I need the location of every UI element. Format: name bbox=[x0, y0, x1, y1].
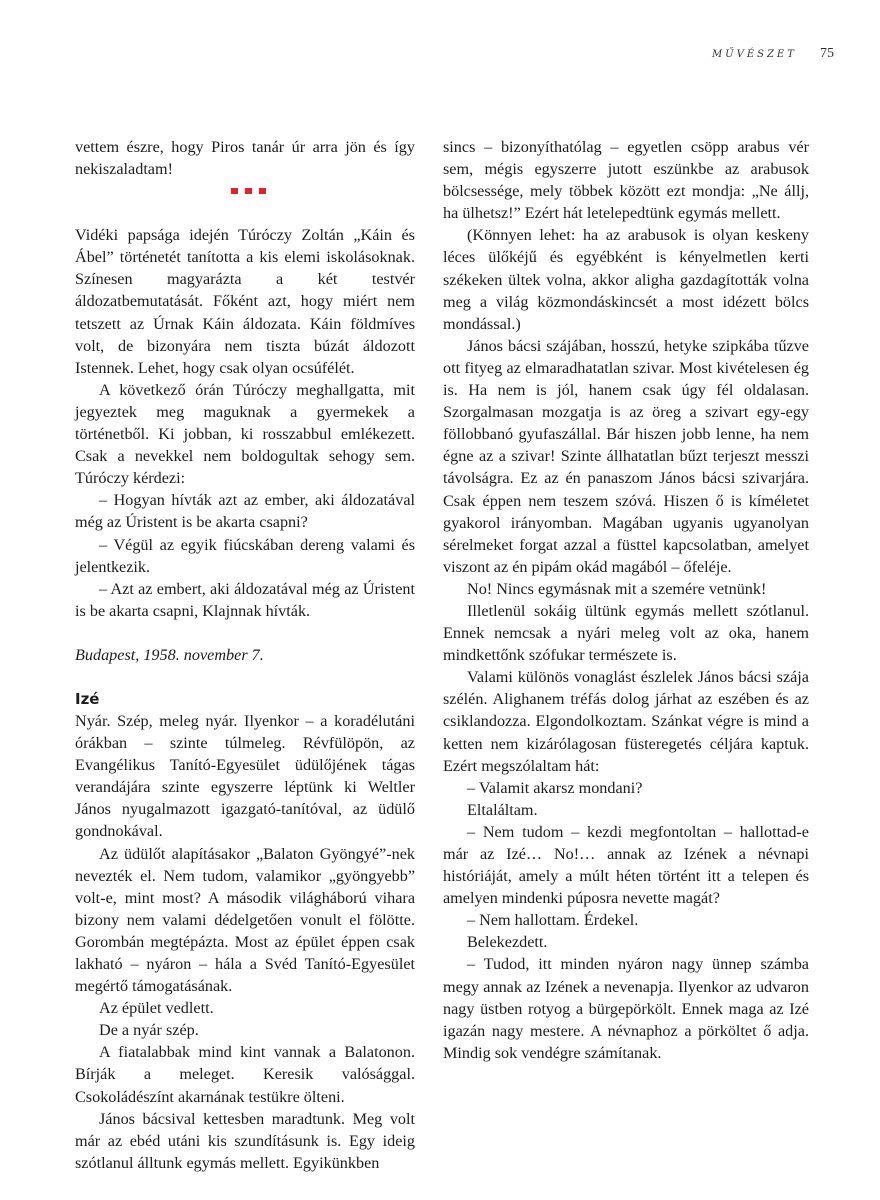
red-square-icon bbox=[231, 188, 238, 194]
dialogue-line: – Azt az embert, aki áldozatával még az … bbox=[75, 578, 415, 622]
paragraph: Belekezdett. bbox=[443, 931, 809, 953]
place-date: Budapest, 1958. november 7. bbox=[75, 644, 415, 666]
dialogue-line: – Hogyan hívták azt az ember, aki áldoza… bbox=[75, 489, 415, 533]
paragraph: A fiatalabbak mind kint vannak a Balaton… bbox=[75, 1041, 415, 1107]
paragraph: A következő órán Túróczy meghallgatta, m… bbox=[75, 379, 415, 489]
dialogue-line: – Nem tudom – kezdi megfontoltan – hallo… bbox=[443, 821, 809, 909]
paragraph: Vidéki papsága idején Túróczy Zoltán „Ká… bbox=[75, 224, 415, 379]
paragraph: No! Nincs egymásnak mit a szemére vetnün… bbox=[443, 578, 809, 600]
paragraph: sincs – bizonyíthatólag – egyetlen csöpp… bbox=[443, 136, 809, 224]
red-square-icon bbox=[259, 188, 266, 194]
paragraph: Eltaláltam. bbox=[443, 799, 809, 821]
paragraph: Nyár. Szép, meleg nyár. Ilyenkor – a kor… bbox=[75, 710, 415, 843]
dialogue-line: – Tudod, itt minden nyáron nagy ünnep sz… bbox=[443, 953, 809, 1063]
paragraph: János bácsival kettesben maradtunk. Meg … bbox=[75, 1108, 415, 1174]
section-name: MŰVÉSZET bbox=[712, 49, 797, 60]
running-head: MŰVÉSZET 75 bbox=[712, 42, 834, 62]
right-column: sincs – bizonyíthatólag – egyetlen csöpp… bbox=[443, 136, 809, 1064]
dialogue-line: – Valamit akarsz mondani? bbox=[443, 777, 809, 799]
page-number: 75 bbox=[820, 46, 834, 61]
section-heading: Izé bbox=[75, 688, 415, 710]
paragraph: Illetlenül sokáig ültünk egymás mellett … bbox=[443, 600, 809, 666]
paragraph: Az épület vedlett. bbox=[75, 997, 415, 1019]
paragraph: De a nyár szép. bbox=[75, 1019, 415, 1041]
paragraph: János bácsi szájában, hosszú, hetyke szi… bbox=[443, 335, 809, 578]
red-square-icon bbox=[245, 188, 252, 194]
left-column: vettem észre, hogy Piros tanár úr arra j… bbox=[75, 136, 415, 1174]
paragraph: (Könnyen lehet: ha az arabusok is olyan … bbox=[443, 224, 809, 334]
paragraph: Az üdülőt alapításakor „Balaton Gyöngyé”… bbox=[75, 843, 415, 998]
dialogue-line: – Végül az egyik fiúcskában dereng valam… bbox=[75, 534, 415, 578]
paragraph: Valami különös vonaglást észlelek János … bbox=[443, 666, 809, 776]
paragraph: vettem észre, hogy Piros tanár úr arra j… bbox=[75, 136, 415, 180]
dialogue-line: – Nem hallottam. Érdekel. bbox=[443, 909, 809, 931]
section-break-ornament bbox=[75, 180, 415, 202]
